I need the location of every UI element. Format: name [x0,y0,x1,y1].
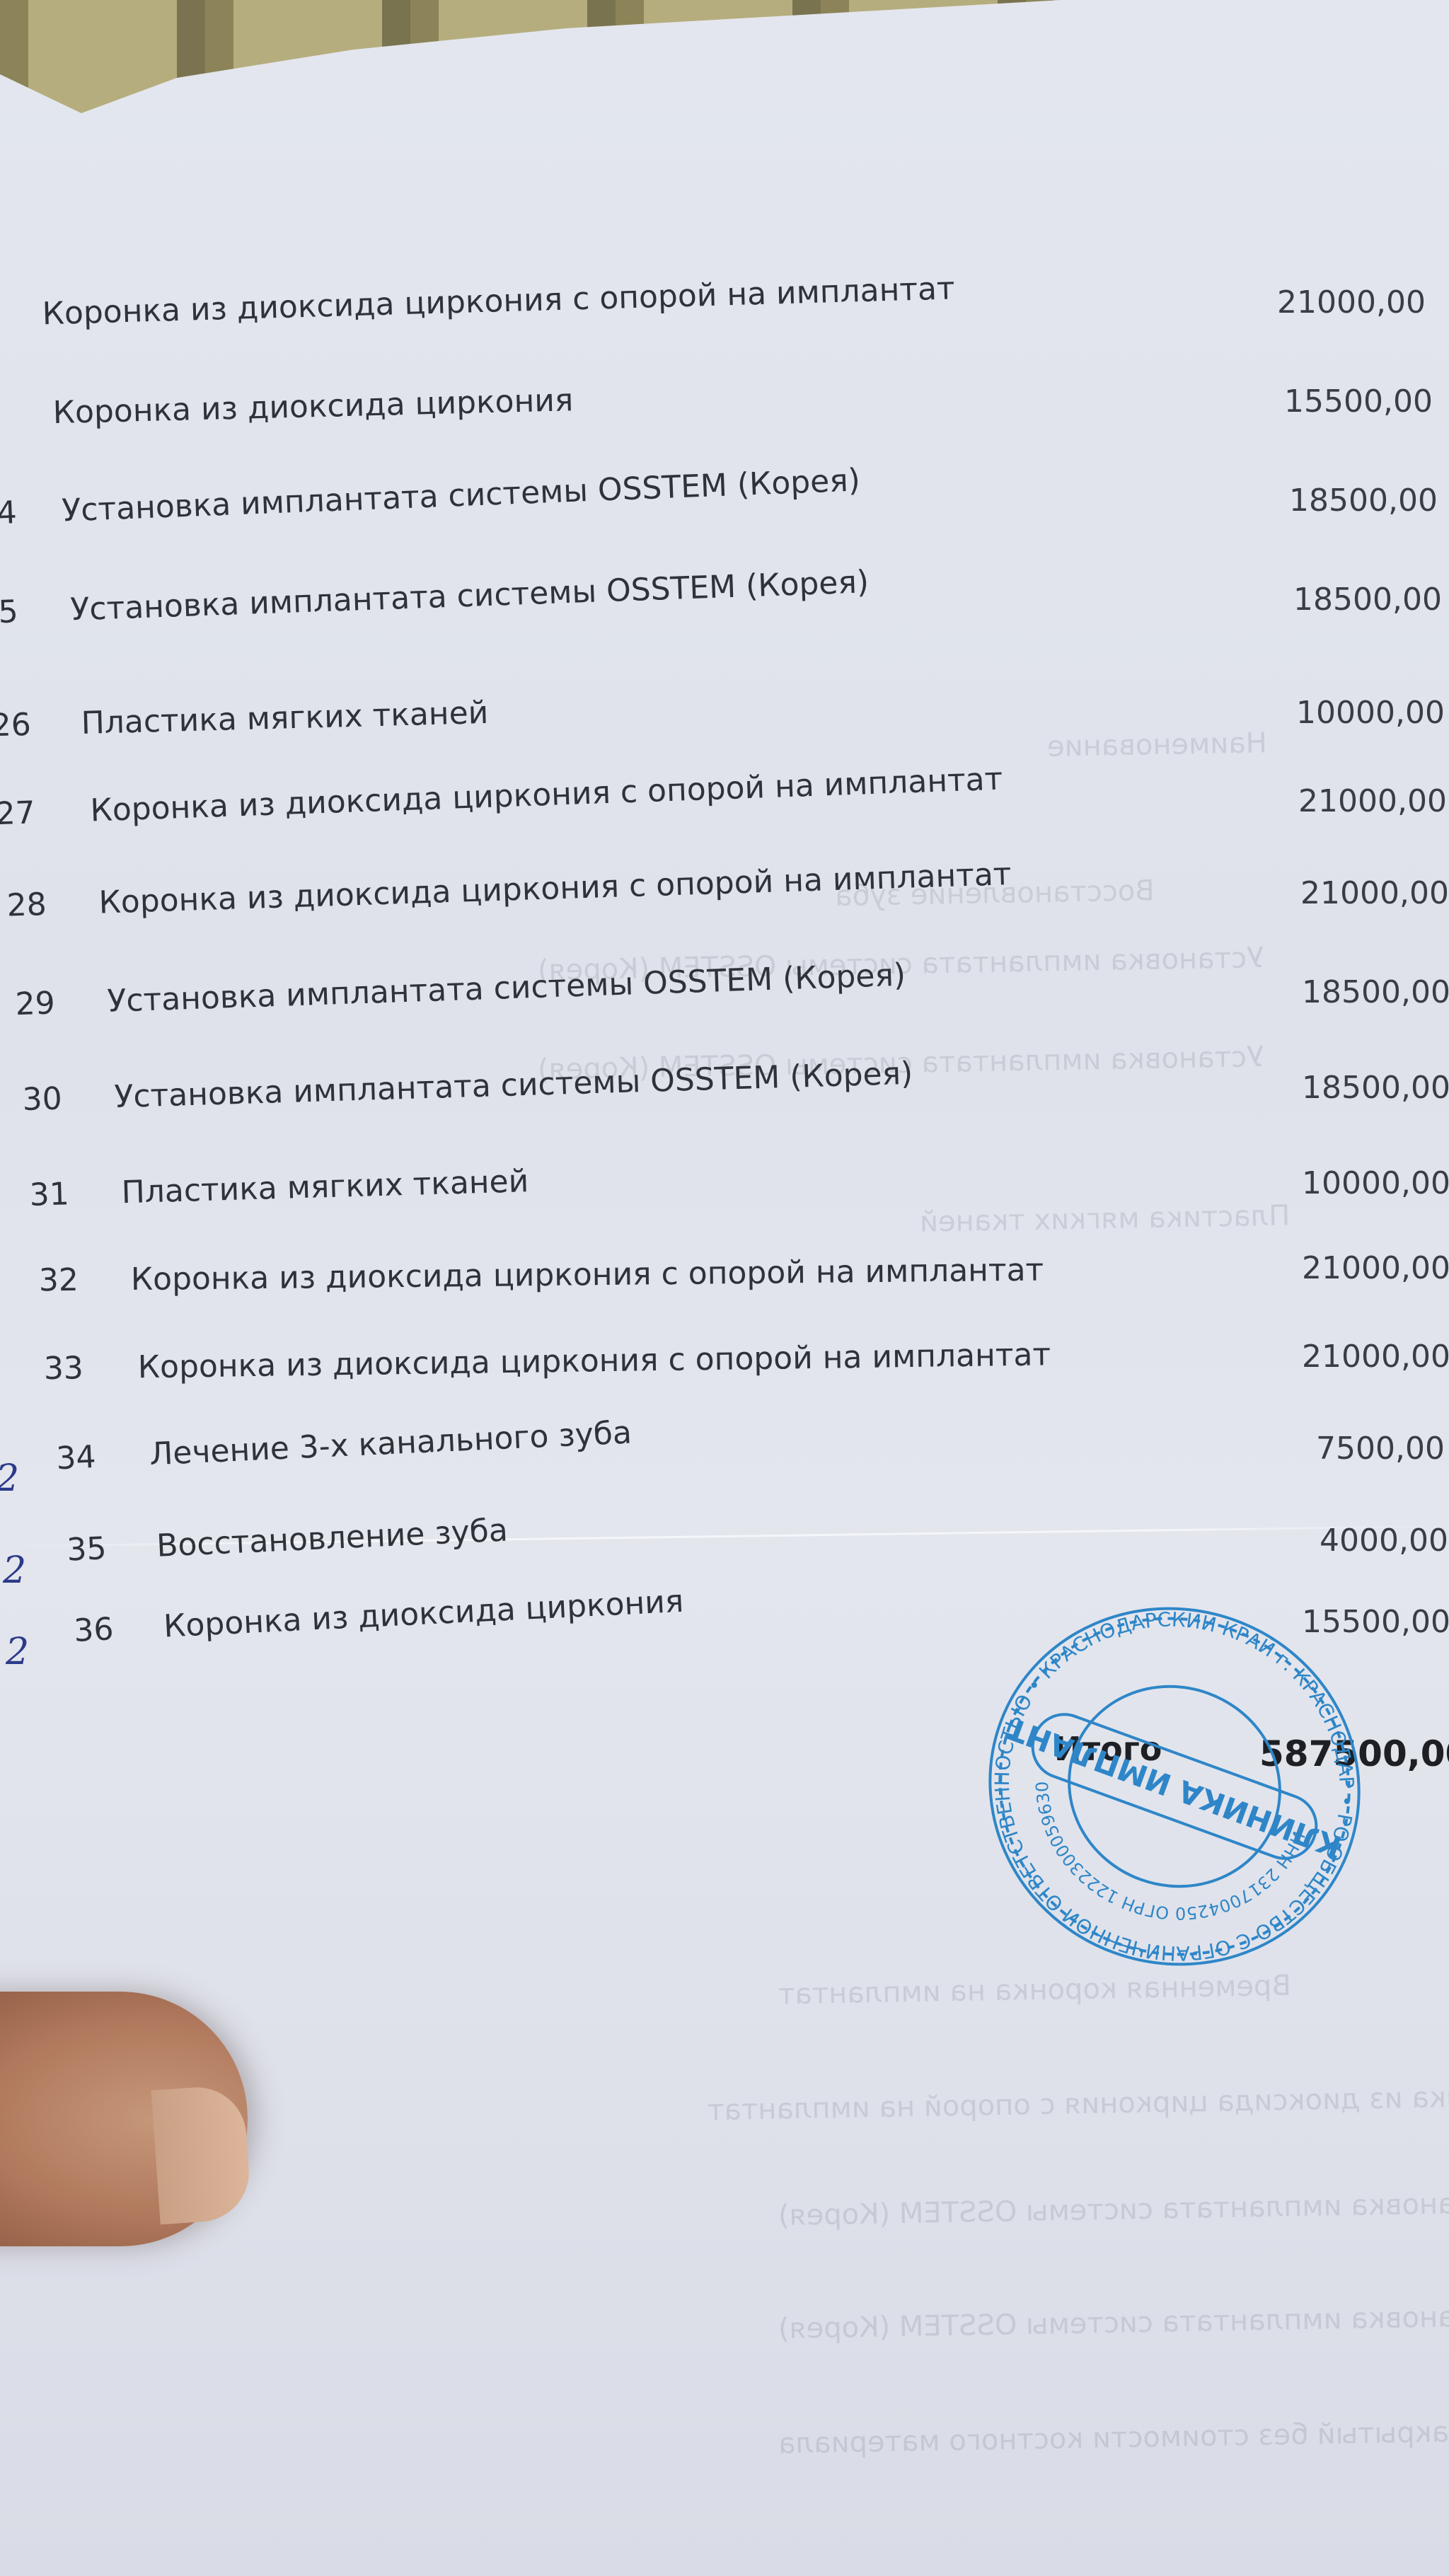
row-number: 27 [0,795,36,832]
service-price: 18500,00 [1293,582,1442,618]
row-number: 32 [39,1262,79,1299]
row-number: 34 [55,1439,96,1477]
row-number: 31 [29,1176,69,1213]
service-name: Восстановление зуба [156,1512,509,1564]
row-number: 36 [73,1611,114,1649]
company-stamp: ОБЩЕСТВО С ОГРАНИЧЕННОЙ ОТВЕТСТВЕННОСТЬЮ… [976,1606,1373,1967]
service-name: Коронка из диоксида циркония с опорой на… [131,1252,1044,1298]
service-name: Коронка из диоксида циркония с опорой на… [137,1336,1051,1385]
service-name: Коронка из диоксида циркония с опорой на… [42,270,955,332]
service-name: Коронка из диоксида циркония [163,1583,684,1645]
table-row: Коронка из диоксида циркония с опорой на… [0,257,1449,347]
row-number: 28 [6,886,47,924]
row-number: 4 [0,495,18,531]
handwritten-quantity-mark: 2 [3,1549,26,1592]
service-name: Коронка из диоксида циркония [52,382,574,431]
table-row: 27Коронка из диоксида циркония с опорой … [0,746,1449,845]
row-number: 5 [0,594,19,630]
service-price: 21000,00 [1302,1339,1449,1375]
show-through-text: Временная коронка на имплантат [778,1970,1292,2011]
service-price: 21000,00 [1300,875,1449,911]
service-price: 18500,00 [1302,974,1449,1010]
row-number: 30 [22,1080,62,1118]
table-row: 32Коронка из диоксида циркония с опорой … [0,1248,1449,1312]
row-number: 26 [0,707,31,744]
service-price: 10000,00 [1302,1165,1449,1201]
row-number: 29 [15,985,56,1022]
handwritten-quantity-mark: 2 [6,1631,29,1673]
service-name: Установка имплантата системы OSSTEM (Кор… [114,1056,913,1115]
row-number: 33 [44,1350,84,1387]
handwritten-quantity-mark: 2 [0,1457,19,1500]
table-row: 28Коронка из диоксида циркония с опорой … [0,843,1449,937]
show-through-text: Коронка из диоксида циркония с опорой на… [708,2080,1449,2127]
show-through-text: Пластика мягких тканей [920,1199,1291,1238]
service-price: 10000,00 [1296,695,1445,731]
service-name: Пластика мягких тканей [121,1163,529,1211]
show-through-text: Синус-лифтинг закрытый без стоимости кос… [778,2412,1449,2461]
service-name: Установка имплантата системы OSSTEM (Кор… [107,957,906,1020]
service-price: 7500,00 [1316,1431,1445,1467]
service-name: Коронка из диоксида циркония с опорой на… [90,761,1003,829]
service-price: 18500,00 [1302,1070,1449,1106]
service-price: 18500,00 [1289,483,1438,519]
service-name: Установка имплантата системы OSSTEM (Кор… [62,462,861,529]
table-row: 5Установка имплантата системы OSSTEM (Ко… [0,544,1449,644]
service-name: Лечение 3-х канального зуба [149,1414,633,1472]
service-name: Установка имплантата системы OSSTEM (Кор… [70,564,870,628]
service-price: 21000,00 [1302,1250,1449,1286]
service-price: 21000,00 [1298,783,1447,819]
service-price: 15500,00 [1284,383,1433,420]
row-number: 35 [66,1530,107,1568]
table-row: 4Установка имплантата системы OSSTEM (Ко… [0,439,1449,545]
service-price: 21000,00 [1277,284,1426,320]
show-through-text: Установка имплантата системы OSSTEM (Кор… [778,2187,1449,2232]
paper-sheet: Наименование Восстановление зуба Установ… [0,0,1449,2576]
service-name: Пластика мягких тканей [81,695,489,741]
table-row: Коронка из диоксида циркония [0,361,1449,446]
show-through-text: Установка имплантата системы OSSTEM (Кор… [778,2300,1449,2345]
